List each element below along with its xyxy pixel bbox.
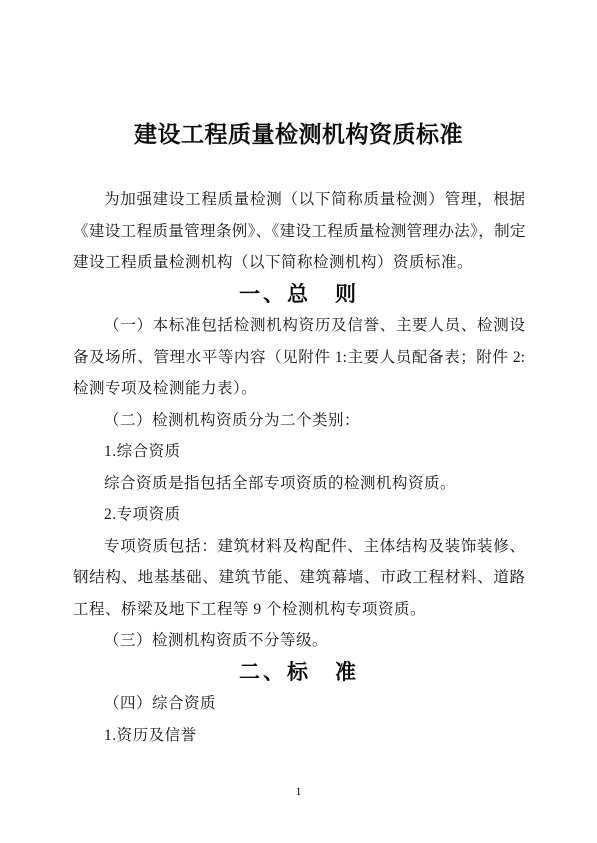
document-page: 建设工程质量检测机构资质标准 为加强建设工程质量检测（以下简称质量检测）管理，根… [0, 0, 597, 843]
doc-line: 《建设工程质量管理条例》、《建设工程质量检测管理办法》，制定 [73, 216, 525, 248]
doc-line: 1.资历及信誉 [73, 720, 525, 752]
document-body: 为加强建设工程质量检测（以下简称质量检测）管理，根据 《建设工程质量管理条例》、… [0, 184, 597, 751]
doc-line: （三）检测机构资质不分等级。 [73, 625, 525, 657]
doc-line: 检测专项及检测能力表）。 [73, 373, 525, 405]
doc-line: 为加强建设工程质量检测（以下简称质量检测）管理，根据 [73, 184, 525, 216]
doc-line: （四）综合资质 [73, 688, 525, 720]
doc-line: 1.综合资质 [73, 436, 525, 468]
section-heading-general: 一、总 则 [73, 279, 525, 311]
doc-line: 钢结构、地基基础、建筑节能、建筑幕墙、市政工程材料、道路 [73, 562, 525, 594]
doc-line: 工程、桥梁及地下工程等 9 个检测机构专项资质。 [73, 594, 525, 626]
doc-line: 备及场所、管理水平等内容（见附件 1:主要人员配备表；附件 2: [73, 342, 525, 374]
section-heading-standards: 二、标 准 [73, 657, 525, 689]
doc-line: 建设工程质量检测机构（以下简称检测机构）资质标准。 [73, 247, 525, 279]
doc-line: （二）检测机构资质分为二个类别： [73, 405, 525, 437]
doc-line: 专项资质包括：建筑材料及构配件、主体结构及装饰装修、 [73, 531, 525, 563]
doc-line: 综合资质是指包括全部专项资质的检测机构资质。 [73, 468, 525, 500]
document-title: 建设工程质量检测机构资质标准 [0, 0, 597, 154]
page-number: 1 [0, 784, 597, 799]
doc-line: 2.专项资质 [73, 499, 525, 531]
doc-line: （一）本标准包括检测机构资历及信誉、主要人员、检测设 [73, 310, 525, 342]
